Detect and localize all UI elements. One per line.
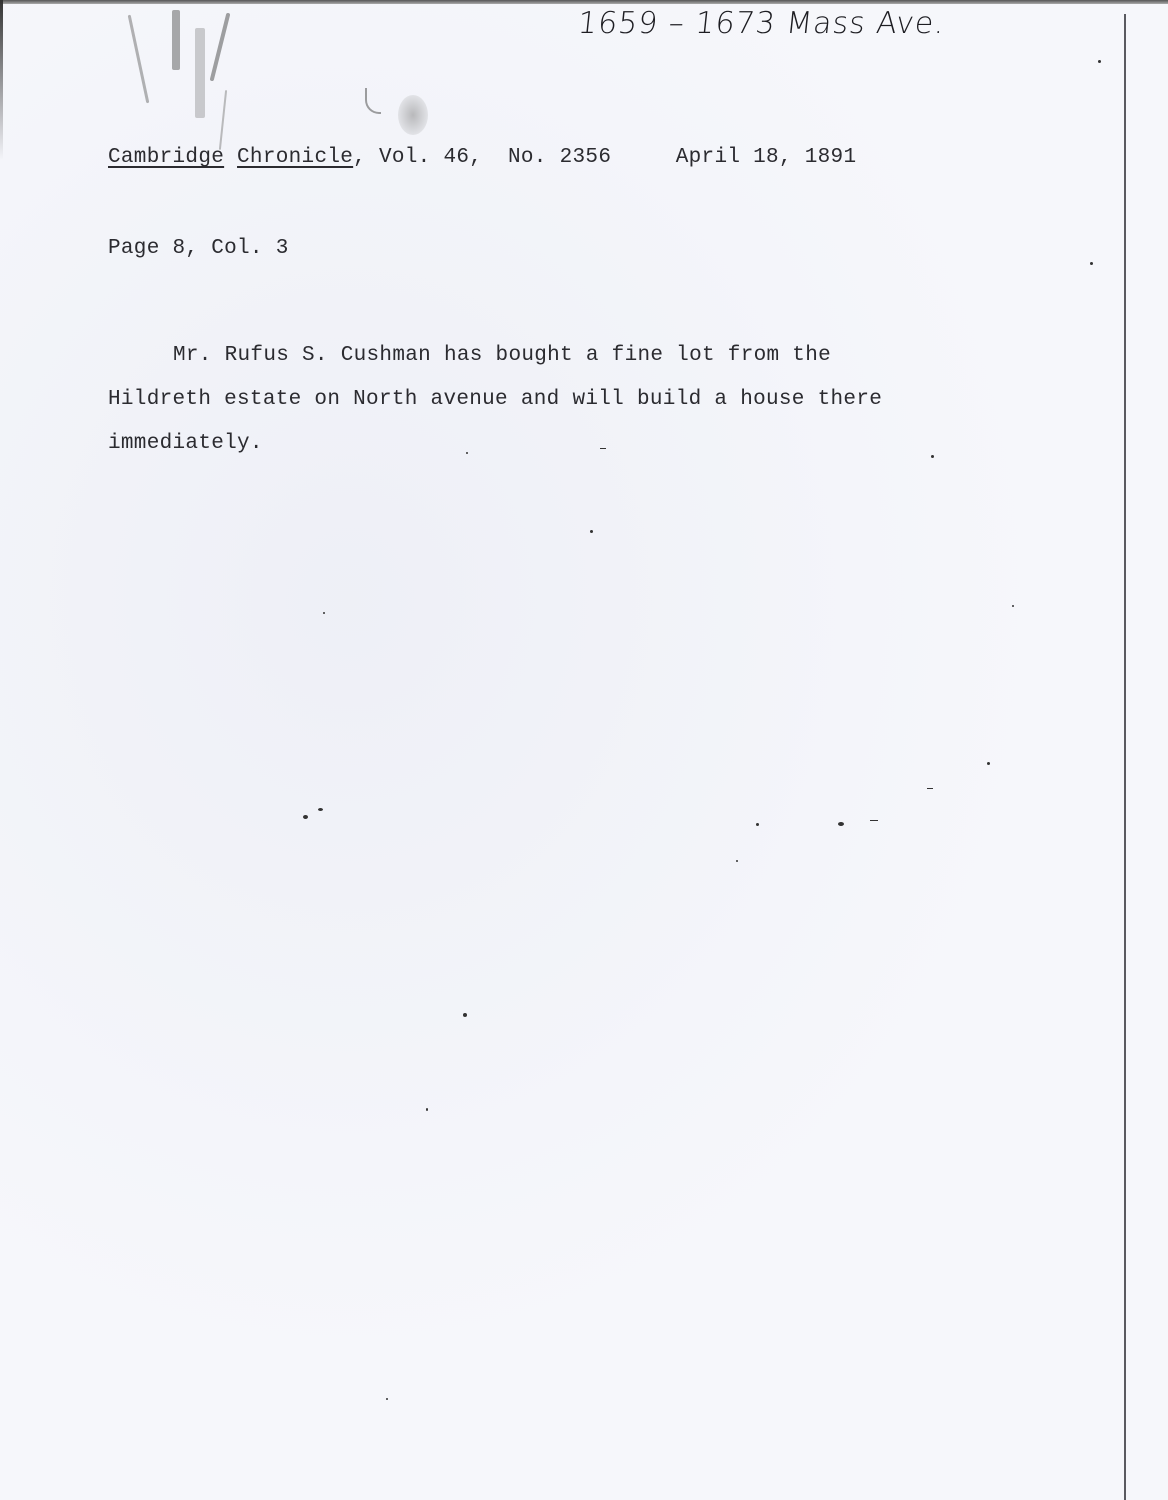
scan-speck: [987, 762, 990, 765]
article-line: immediately.: [108, 422, 968, 466]
scan-smudge: [210, 13, 231, 82]
scan-speck: [386, 1398, 388, 1400]
article-line: Hildreth estate on North avenue and will…: [108, 378, 968, 422]
right-margin-rule: [1124, 14, 1126, 1500]
scan-speck: [426, 1108, 428, 1111]
page-column-reference: Page 8, Col. 3: [108, 238, 289, 259]
handwritten-address-note: 1659 – 1673 Mass Ave.: [576, 6, 947, 41]
scan-speck: [931, 455, 934, 458]
scan-left-edge: [0, 0, 3, 160]
scan-speck: [1012, 605, 1014, 607]
scan-speck: [1098, 60, 1101, 63]
scan-smudge: [365, 88, 381, 114]
scan-top-edge: [0, 0, 1168, 4]
citation-header: Cambridge Chronicle, Vol. 46, No. 2356 A…: [108, 147, 856, 168]
scan-speck: [1090, 262, 1093, 265]
publication-name: Cambridge: [108, 146, 224, 169]
scan-smudge: [172, 10, 180, 70]
scan-speck: [466, 452, 468, 454]
article-text: Mr. Rufus S. Cushman has bought a fine l…: [108, 334, 968, 466]
scan-smudge: [398, 95, 428, 135]
article-line: Mr. Rufus S. Cushman has bought a fine l…: [108, 334, 968, 378]
issue-number: No. 2356: [508, 146, 611, 169]
volume: , Vol. 46,: [353, 146, 482, 169]
scan-speck: [870, 820, 878, 821]
scan-smudge: [128, 15, 150, 104]
scan-speck: [463, 1013, 467, 1017]
scan-speck: [303, 815, 308, 819]
publication-date: April 18, 1891: [676, 146, 857, 169]
scan-smudge: [219, 90, 227, 150]
scan-speck: [838, 822, 844, 826]
publication-name-2: Chronicle: [237, 146, 353, 169]
scan-speck: [318, 808, 323, 811]
scan-speck: [590, 530, 593, 533]
scan-speck: [756, 823, 759, 826]
scan-smudge: [195, 28, 205, 118]
scan-speck: [600, 448, 606, 449]
scanned-document-page: 1659 – 1673 Mass Ave. Cambridge Chronicl…: [0, 0, 1168, 1500]
scan-speck: [927, 788, 933, 789]
scan-speck: [736, 860, 738, 862]
scan-speck: [323, 612, 325, 614]
